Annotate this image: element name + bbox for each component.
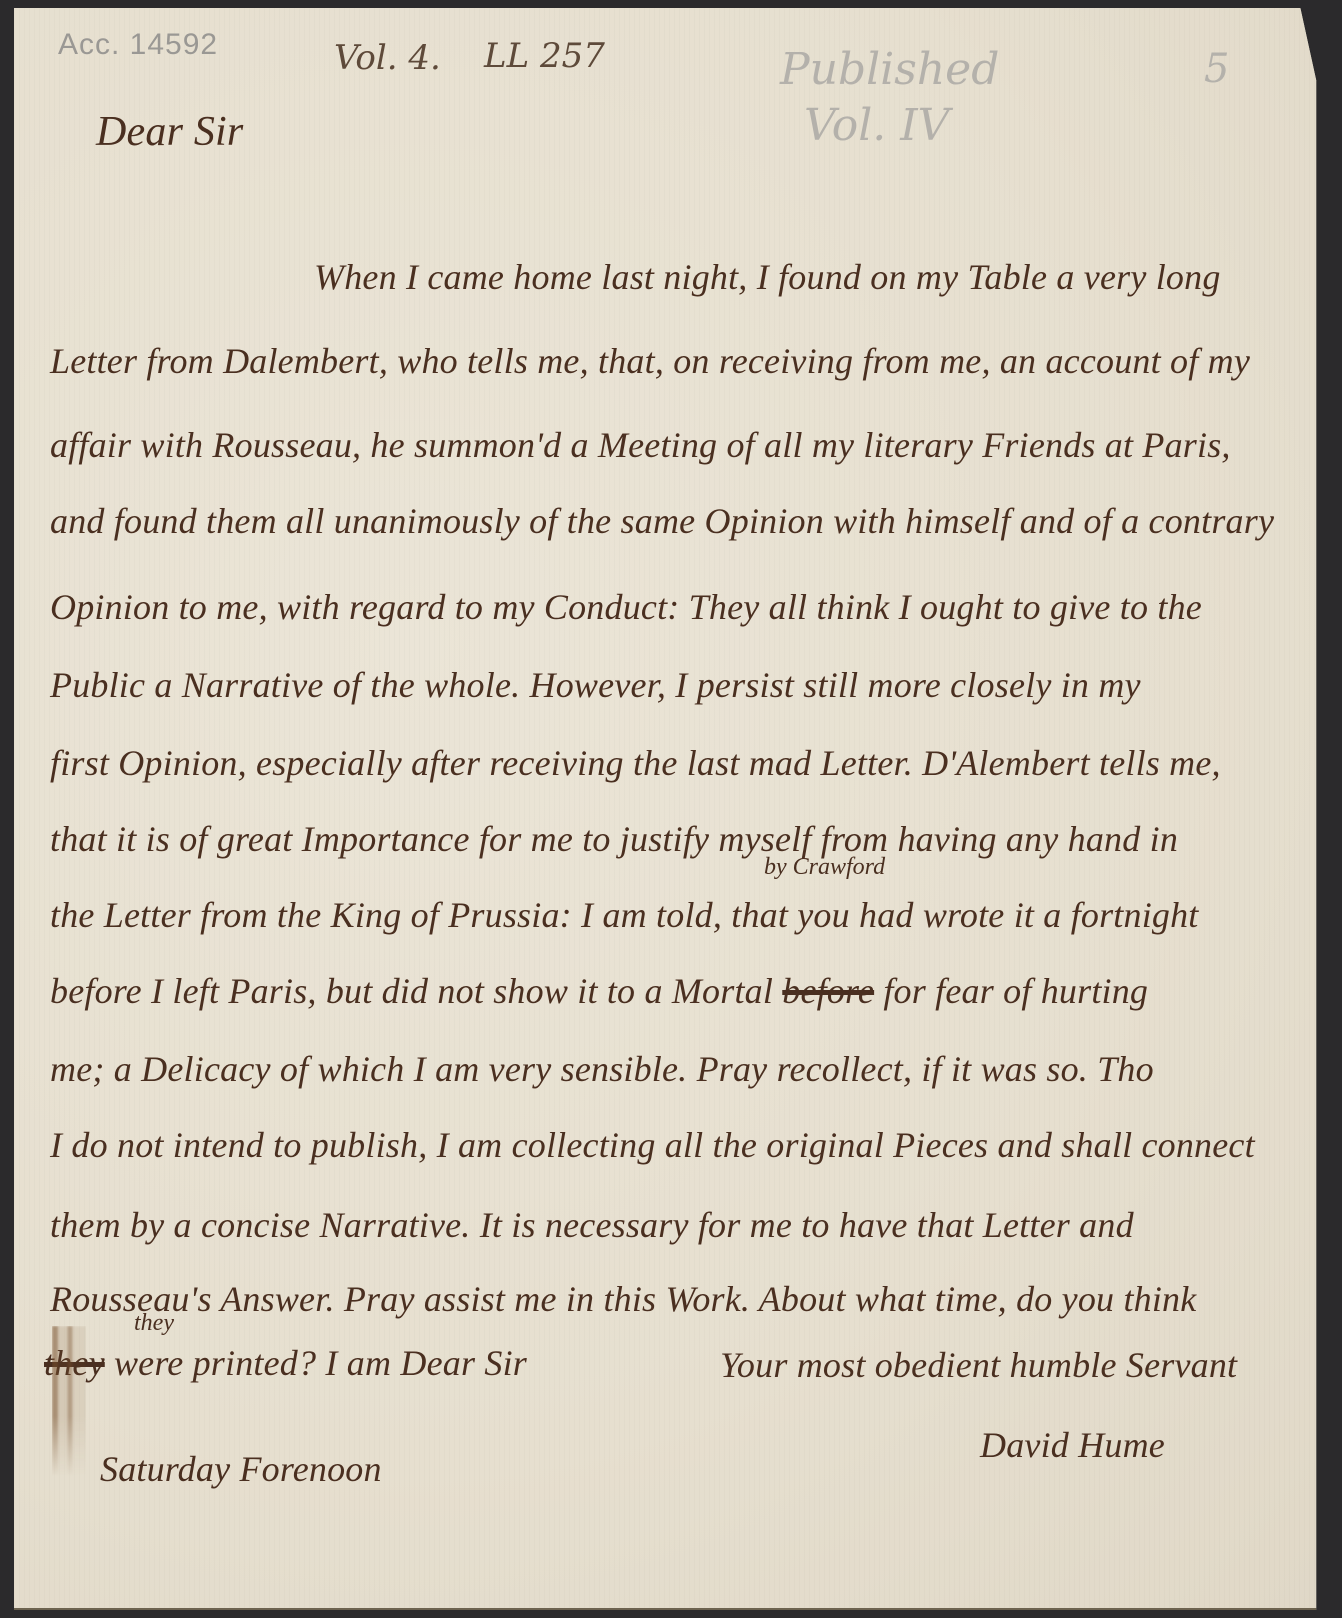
body-line: When I came home last night, I found on … [314, 256, 1221, 298]
published-volume-note: Vol. IV [804, 100, 949, 151]
body-line: affair with Rousseau, he summon'd a Meet… [50, 424, 1231, 466]
letter-page: Acc. 14592 Vol. 4. LL 257 Published Vol.… [14, 8, 1332, 1610]
body-line: Public a Narrative of the whole. However… [50, 664, 1141, 706]
struck-word: before [782, 971, 874, 1011]
body-line: the Letter from the King of Prussia: I a… [50, 894, 1199, 936]
body-line: and found them all unanimously of the sa… [50, 500, 1274, 542]
body-line: them by a concise Narrative. It is neces… [50, 1204, 1134, 1246]
valediction: Your most obedient humble Servant [720, 1344, 1237, 1386]
closing-insertion: they [134, 1310, 174, 1337]
closing-text: were printed? I am Dear Sir [114, 1343, 527, 1383]
body-line: Letter from Dalembert, who tells me, tha… [50, 340, 1250, 382]
body-line: Opinion to me, with regard to my Conduct… [50, 586, 1202, 628]
ink-stain [52, 1326, 86, 1476]
body-line: first Opinion, especially after receivin… [50, 742, 1221, 784]
dateline: Saturday Forenoon [100, 1448, 382, 1490]
body-line: I do not intend to publish, I am collect… [50, 1124, 1255, 1166]
body-line: before I left Paris, but did not show it… [50, 970, 1148, 1012]
interlinear-insertion: by Crawford [764, 854, 885, 881]
body-line-text: before I left Paris, but did not show it… [50, 971, 773, 1011]
body-line: Rousseau's Answer. Pray assist me in thi… [50, 1278, 1196, 1320]
body-line: me; a Delicacy of which I am very sensib… [50, 1048, 1154, 1090]
body-line: that it is of great Importance for me to… [50, 818, 1178, 860]
published-note: Published [780, 44, 999, 95]
signature: David Hume [980, 1424, 1165, 1466]
volume-reference: Vol. 4. [334, 38, 441, 78]
closing-line: they were printed? I am Dear Sir [44, 1342, 527, 1384]
salutation: Dear Sir [96, 108, 243, 156]
folio-reference: LL 257 [484, 36, 605, 76]
page-number: 5 [1204, 46, 1229, 92]
body-line-tail: for fear of hurting [883, 971, 1148, 1011]
accession-number: Acc. 14592 [58, 28, 218, 62]
